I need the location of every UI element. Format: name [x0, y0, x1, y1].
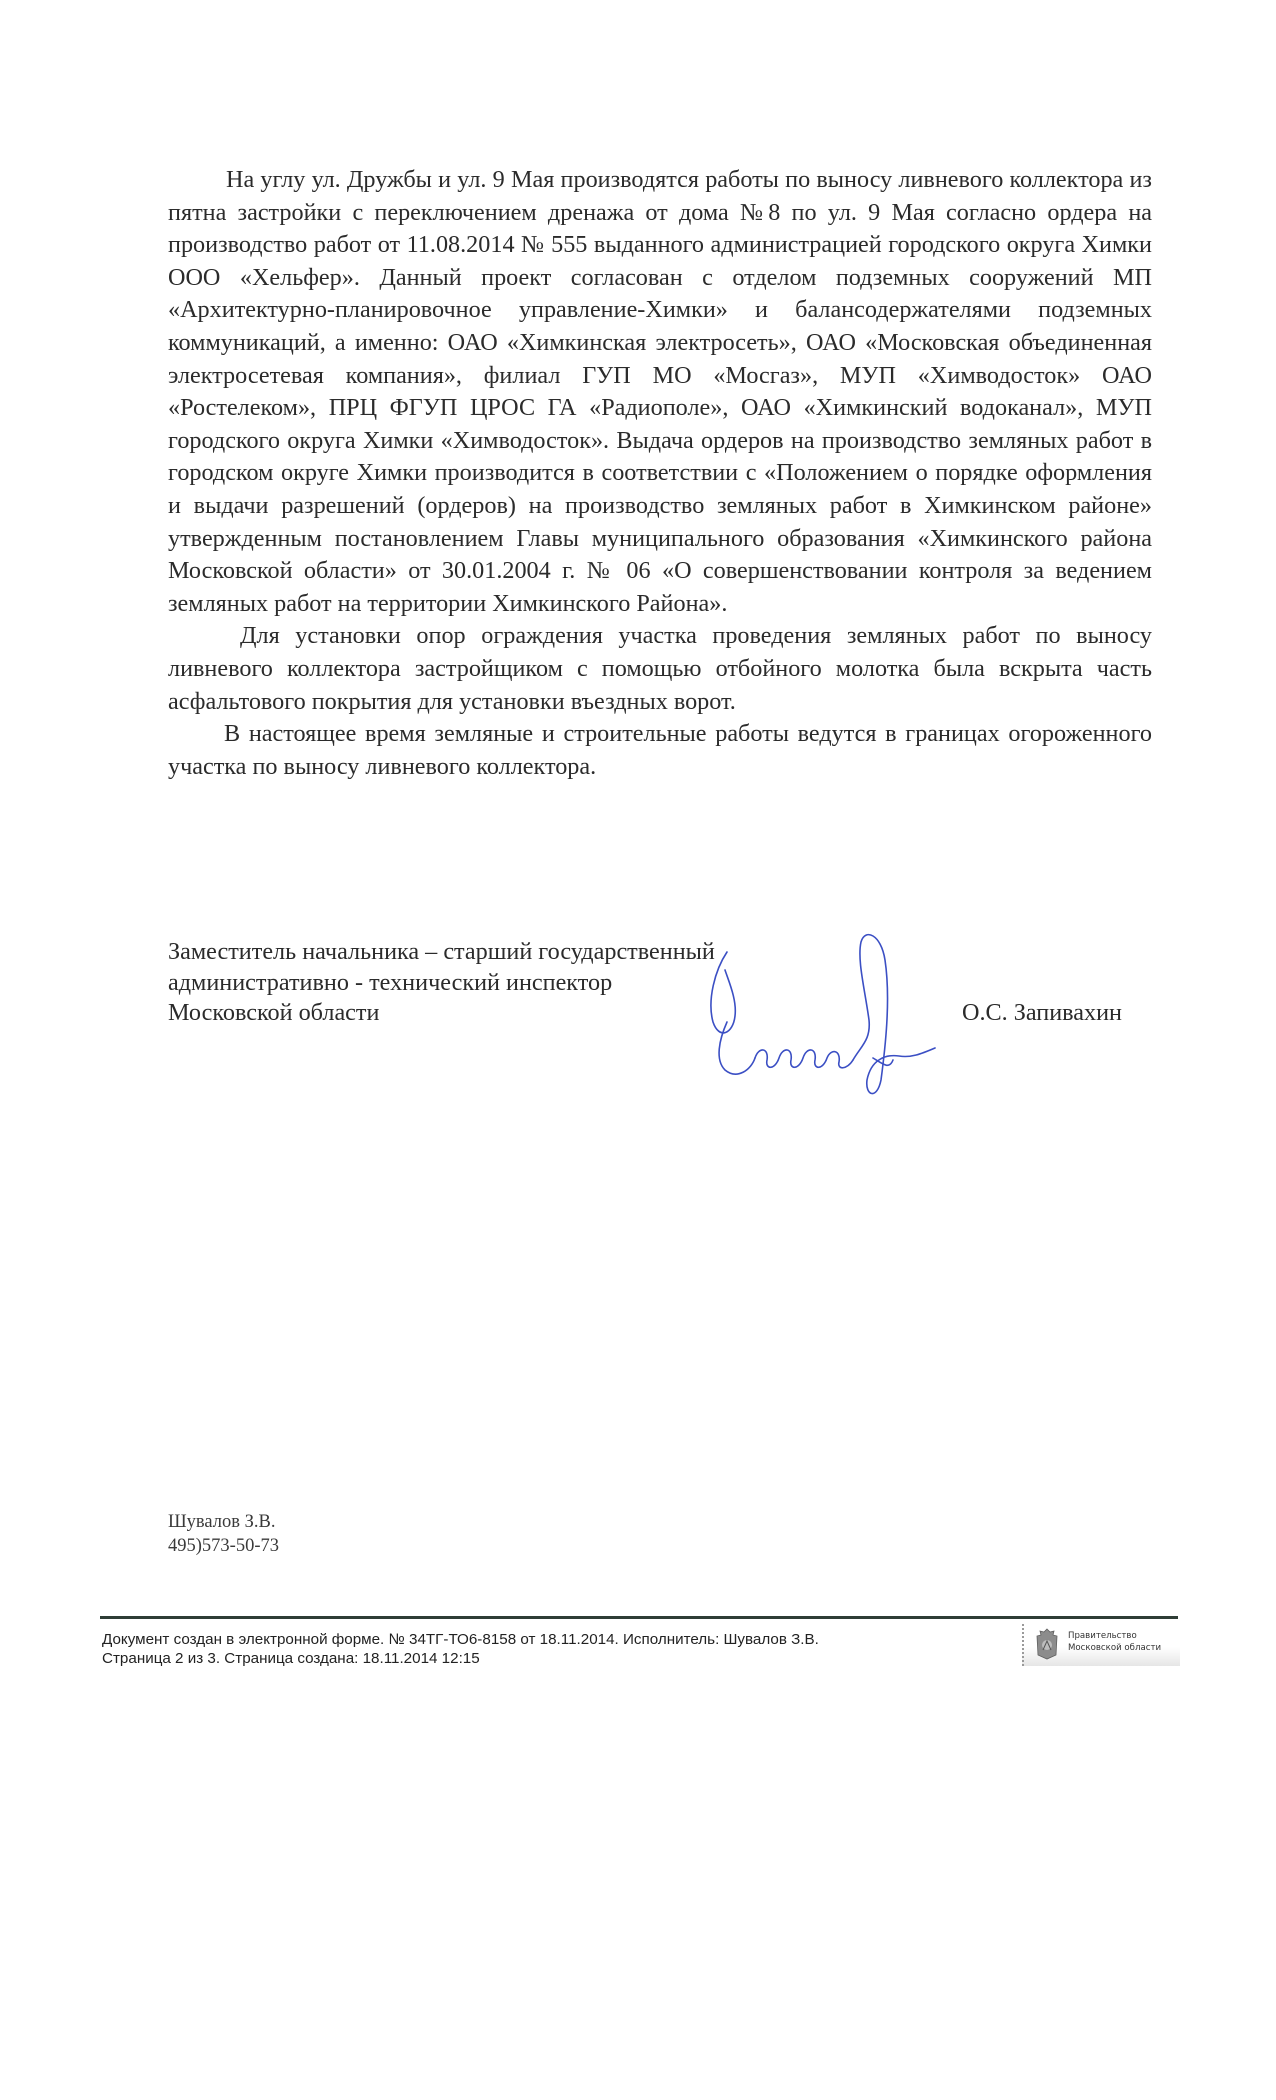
document-footer: Документ создан в электронной форме. № 3…: [102, 1630, 819, 1668]
footer-document-info: Документ создан в электронной форме. № 3…: [102, 1630, 819, 1649]
government-logo: Правительство Московской области: [1022, 1624, 1180, 1666]
footer-page-info: Страница 2 из 3. Страница создана: 18.11…: [102, 1649, 819, 1668]
handwritten-signature-icon: [685, 930, 1015, 1100]
coat-of-arms-icon: [1034, 1628, 1060, 1660]
executor-phone: 495)573-50-73: [168, 1534, 279, 1558]
government-name: Правительство Московской области: [1068, 1630, 1161, 1654]
executor-info: Шувалов З.В. 495)573-50-73: [168, 1510, 279, 1558]
government-name-line-1: Правительство: [1068, 1630, 1161, 1642]
paragraph-current-works: В настоящее время земляные и строительны…: [168, 718, 1152, 783]
paragraph-earthworks-permit: На углу ул. Дружбы и ул. 9 Мая производя…: [168, 164, 1152, 620]
document-page: На углу ул. Дружбы и ул. 9 Мая производя…: [0, 0, 1276, 2100]
government-name-line-2: Московской области: [1068, 1642, 1161, 1654]
letter-body: На углу ул. Дружбы и ул. 9 Мая производя…: [168, 164, 1152, 783]
paragraph-fence-installation: Для установки опор ограждения участка пр…: [168, 620, 1152, 718]
footer-divider: [100, 1616, 1178, 1619]
executor-name: Шувалов З.В.: [168, 1510, 279, 1534]
